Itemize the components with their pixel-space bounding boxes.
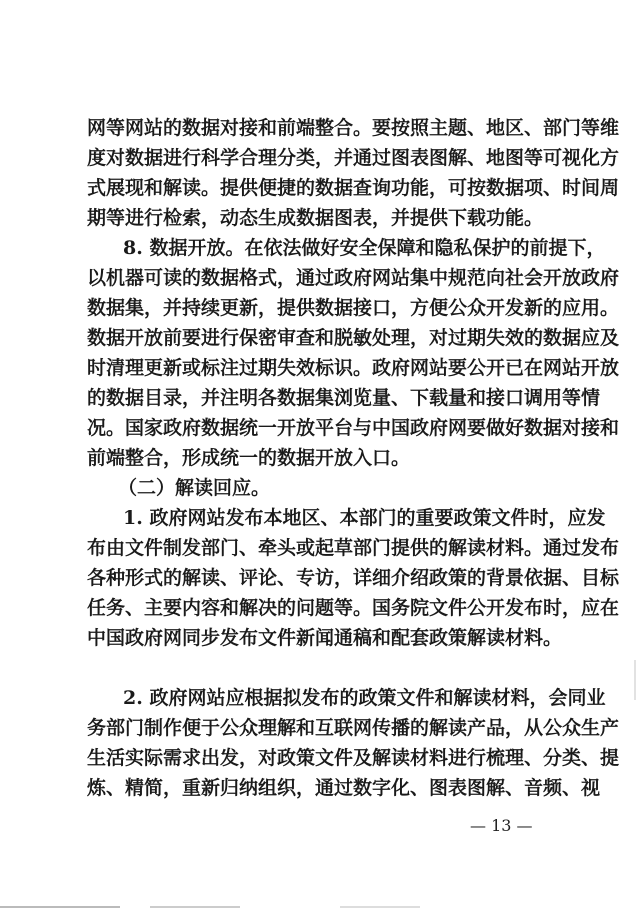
text-line: 式展现和解读。提供便捷的数据查询功能，可按数据项、时间周	[87, 175, 560, 201]
text-line: 务部门制作便于公众理解和互联网传播的解读产品，从公众生产	[87, 715, 560, 741]
text-line: 炼、精简，重新归纳组织，通过数字化、图表图解、音频、视	[87, 775, 560, 801]
item-1-first-line: 1. 政府网站发布本地区、本部门的重要政策文件时，应发	[123, 505, 560, 531]
text-line: 生活实际需求出发，对政策文件及解读材料进行梳理、分类、提	[87, 745, 560, 771]
text-line: 况。国家政府数据统一开放平台与中国政府网要做好数据对接和	[87, 415, 560, 441]
text-line: 数据集，并持续更新，提供数据接口，方便公众开发新的应用。	[87, 295, 560, 321]
section-heading-jiedu-huiying: （二）解读回应。	[118, 475, 555, 501]
text-line: 时清理更新或标注过期失效标识。政府网站要公开已在网站开放	[87, 355, 560, 381]
text-line: 中国政府网同步发布文件新闻通稿和配套政策解读材料。	[87, 625, 560, 651]
text-line: 数据开放前要进行保密审查和脱敏处理，对过期失效的数据应及	[87, 325, 560, 351]
text-line: 前端整合，形成统一的数据开放入口。	[87, 445, 560, 471]
scan-edge-artifact	[634, 660, 636, 700]
text-line: 期等进行检索，动态生成数据图表，并提供下载功能。	[87, 205, 560, 231]
text-line: 任务、主要内容和解决的问题等。国务院文件公开发布时，应在	[87, 595, 560, 621]
document-page: 网等网站的数据对接和前端整合。要按照主题、地区、部门等维 度对数据进行科学合理分…	[0, 0, 640, 908]
text-line: 以机器可读的数据格式，通过政府网站集中规范向社会开放政府	[87, 265, 560, 291]
item-2-first-line: 2. 政府网站应根据拟发布的政策文件和解读材料，会同业	[123, 685, 560, 711]
text-line: 布由文件制发部门、牵头或起草部门提供的解读材料。通过发布	[87, 535, 560, 561]
text-line: 网等网站的数据对接和前端整合。要按照主题、地区、部门等维	[87, 115, 560, 141]
text-line: 的数据目录，并注明各数据集浏览量、下载量和接口调用等情	[87, 385, 560, 411]
text-line: 度对数据进行科学合理分类，并通过图表图解、地图等可视化方	[87, 145, 560, 171]
page-number: — 13 —	[470, 816, 533, 835]
text-line: 各种形式的解读、评论、专访，详细介绍政策的背景依据、目标	[87, 565, 560, 591]
section-8-heading-line: 8. 数据开放。在依法做好安全保障和隐私保护的前提下，	[123, 235, 560, 261]
